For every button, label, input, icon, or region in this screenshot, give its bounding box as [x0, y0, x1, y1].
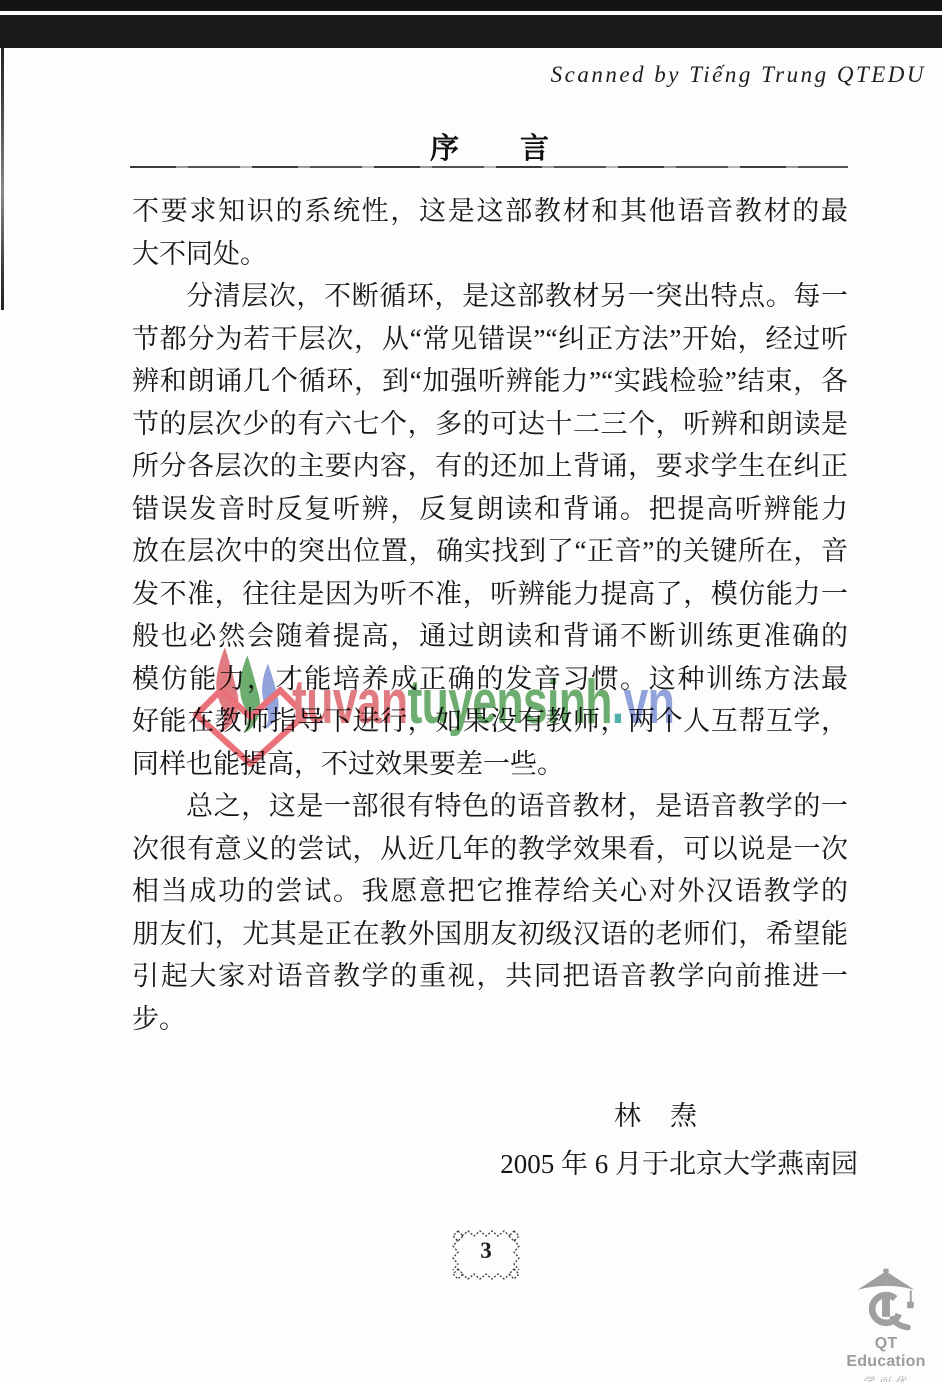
- scanned-page: Scanned by Tiếng Trung QTEDU 序 言 不要求知识的系…: [0, 0, 942, 1382]
- text-line: 不要求知识的系统性，这是这部教材和其他语音教材的最: [132, 190, 848, 233]
- page-number-badge: 3: [450, 1226, 522, 1284]
- text-line: 发不准，往往是因为听不准，听辨能力提高了，模仿能力一: [132, 573, 848, 616]
- scan-black-bar-top: [0, 0, 942, 11]
- text-line: 放在层次中的突出位置，确实找到了“正音”的关键所在，音: [132, 530, 848, 573]
- text-line: 朋友们，尤其是正在教外国朋友初级汉语的老师们，希望能: [132, 913, 848, 956]
- title-rule: [130, 166, 848, 168]
- text-line: 分清层次，不断循环，是这部教材另一突出特点。每一: [132, 275, 848, 318]
- text-line: 步。: [132, 998, 848, 1041]
- signature-dateline: 2005 年 6 月于北京大学燕南园: [132, 1142, 858, 1181]
- qt-education-name: QT Education: [834, 1335, 938, 1371]
- qt-education-tagline: 学而优: [834, 1373, 938, 1382]
- scan-credit: Scanned by Tiếng Trung QTEDU: [0, 62, 926, 88]
- signature-name: 林 焘: [132, 1094, 848, 1133]
- text-line: 好能在教师指导下进行，如果没有教师，两个人互帮互学，: [132, 700, 848, 743]
- text-line: 相当成功的尝试。我愿意把它推荐给关心对外汉语教学的: [132, 870, 848, 913]
- text-line: 错误发音时反复听辨，反复朗读和背诵。把提高听辨能力: [132, 488, 848, 531]
- page-number: 3: [450, 1238, 522, 1264]
- graduation-cap-emblem-icon: [854, 1268, 918, 1334]
- text-line: 辨和朗诵几个循环，到“加强听辨能力”“实践检验”结束，各: [132, 360, 848, 403]
- text-line: 节的层次少的有六七个，多的可达十二三个，听辨和朗读是: [132, 403, 848, 446]
- body-text: 不要求知识的系统性，这是这部教材和其他语音教材的最大不同处。分清层次，不断循环，…: [132, 190, 848, 1040]
- text-line: 节都分为若干层次，从“常见错误”“纠正方法”开始，经过听: [132, 318, 848, 361]
- scan-black-bar-second: [0, 15, 942, 48]
- text-line: 大不同处。: [132, 233, 848, 276]
- text-line: 模仿能力，才能培养成正确的发音习惯。这种训练方法最: [132, 658, 848, 701]
- text-line: 引起大家对语音教学的重视，共同把语音教学向前推进一: [132, 955, 848, 998]
- page-title: 序 言: [132, 126, 848, 167]
- text-line: 同样也能提高，不过效果要差一些。: [132, 743, 848, 786]
- qt-education-logo: QT Education 学而优: [834, 1268, 938, 1382]
- text-line: 总之，这是一部很有特色的语音教材，是语音教学的一: [132, 785, 848, 828]
- text-line: 次很有意义的尝试，从近几年的教学效果看，可以说是一次: [132, 828, 848, 871]
- text-line: 所分各层次的主要内容，有的还加上背诵，要求学生在纠正: [132, 445, 848, 488]
- text-line: 般也必然会随着提高，通过朗读和背诵不断训练更准确的: [132, 615, 848, 658]
